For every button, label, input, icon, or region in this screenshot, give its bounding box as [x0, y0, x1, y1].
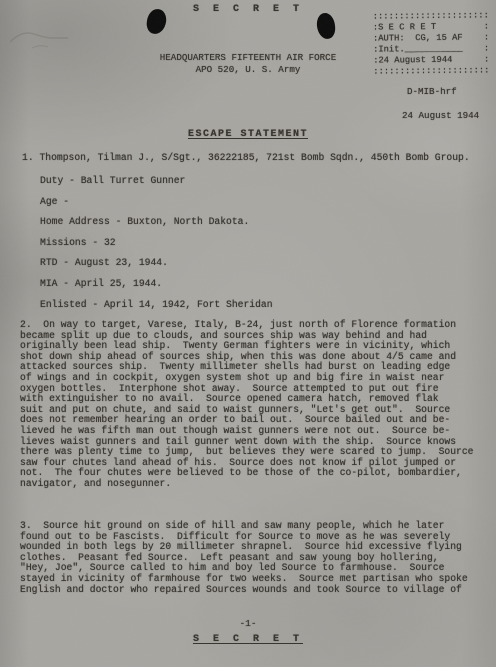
document-title: ESCAPE STATEMENT — [0, 129, 496, 140]
classification-bottom: S E C R E T — [0, 634, 496, 645]
detail-enlisted: Enlisted - April 14, 1942, Fort Sheridan — [40, 300, 273, 310]
detail-missions: Missions - 32 — [40, 238, 273, 248]
detail-home-address: Home Address - Buxton, North Dakota. — [40, 217, 273, 227]
detail-duty: Duty - Ball Turret Gunner — [40, 176, 273, 186]
paragraph-2: 2. On way to target, Varese, Italy, B-24… — [20, 320, 473, 490]
detail-mia: MIA - April 25, 1944. — [40, 279, 273, 289]
paragraph-1-heading: 1. Thompson, Tilman J., S/Sgt., 36222185… — [22, 152, 470, 163]
page-number: -1- — [0, 618, 496, 629]
classification-stamp: :::::::::::::::::::::: :S E C R E T : :A… — [373, 10, 490, 77]
scanned-document-page: S E C R E T HEADQUARTERS FIFTEENTH AIR F… — [0, 0, 496, 667]
detail-age: Age - — [40, 197, 273, 207]
document-date: 24 August 1944 — [402, 110, 479, 121]
paragraph-3: 3. Source hit ground on side of hill and… — [20, 521, 468, 595]
office-symbol: D-MIB-hrf — [407, 86, 457, 97]
hole-punch-right-icon — [316, 12, 337, 40]
detail-rtd: RTD - August 23, 1944. — [40, 258, 273, 268]
paragraph-1-details: Duty - Ball Turret Gunner Age - Home Add… — [40, 176, 273, 320]
